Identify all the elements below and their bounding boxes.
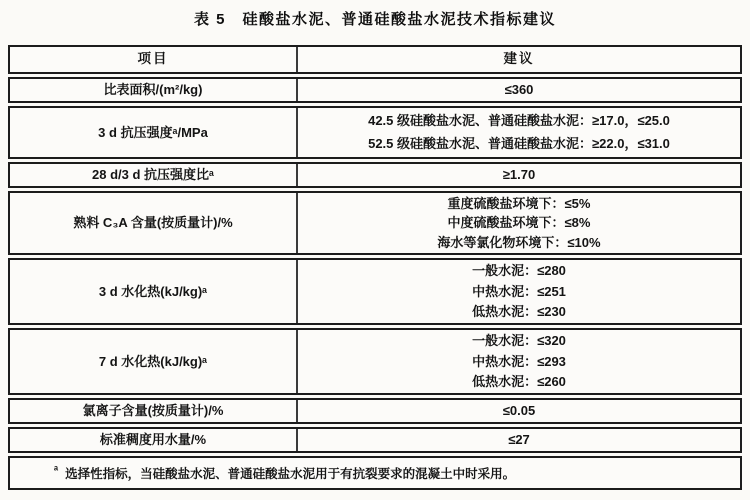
row-value: ≤27 (298, 429, 740, 451)
row-value: 一般水泥：≤320 中热水泥：≤293 低热水泥：≤260 (298, 330, 740, 393)
table-row: 3 d 水化热(kJ/kg)ᵃ 一般水泥：≤280 中热水泥：≤251 低热水泥… (8, 258, 742, 325)
table-row: 3 d 抗压强度ᵃ/MPa 42.5 级硅酸盐水泥、普通硅酸盐水泥：≥17.0，… (8, 106, 742, 159)
value-line: 52.5 级硅酸盐水泥、普通硅酸盐水泥：≥22.0，≤31.0 (368, 135, 670, 153)
value-line: 中度硫酸盐环境下：≤8% (448, 214, 591, 232)
header-cell-item: 项目 (10, 47, 298, 72)
value-line: 低热水泥：≤260 (472, 373, 566, 391)
table-row: 氯离子含量(按质量计)/% ≤0.05 (8, 398, 742, 424)
footnote-text: 选择性指标，当硅酸盐水泥、普通硅酸盐水泥用于有抗裂要求的混凝土中时采用。 (65, 464, 515, 482)
value-line: 低热水泥：≤230 (472, 303, 566, 321)
row-item-label: 标准稠度用水量/% (10, 429, 298, 451)
row-value: 42.5 级硅酸盐水泥、普通硅酸盐水泥：≥17.0，≤25.0 52.5 级硅酸… (298, 108, 740, 157)
value-line: 海水等氯化物环境下：≤10% (437, 234, 600, 252)
table-row: 标准稠度用水量/% ≤27 (8, 427, 742, 453)
row-value: 一般水泥：≤280 中热水泥：≤251 低热水泥：≤230 (298, 260, 740, 323)
table-header-row: 项目 建议 (8, 45, 742, 74)
value-line: ≤27 (508, 431, 530, 449)
table-title: 表 5 硅酸盐水泥、普通硅酸盐水泥技术指标建议 (0, 8, 750, 29)
footnote-superscript-mark: ᵃ (54, 464, 58, 476)
spec-table: 项目 建议 比表面积/(m²/kg) ≤360 3 d 抗压强度ᵃ/MPa 42… (8, 45, 742, 490)
value-line: 一般水泥：≤280 (472, 262, 566, 280)
row-value: ≤0.05 (298, 400, 740, 422)
row-item-label: 7 d 水化热(kJ/kg)ᵃ (10, 330, 298, 393)
row-value: ≤360 (298, 79, 740, 101)
table-footnote: ᵃ 选择性指标，当硅酸盐水泥、普通硅酸盐水泥用于有抗裂要求的混凝土中时采用。 (8, 456, 742, 490)
row-item-label: 比表面积/(m²/kg) (10, 79, 298, 101)
row-value: 重度硫酸盐环境下：≤5% 中度硫酸盐环境下：≤8% 海水等氯化物环境下：≤10% (298, 193, 740, 253)
row-item-label: 28 d/3 d 抗压强度比ᵃ (10, 164, 298, 186)
table-row: 28 d/3 d 抗压强度比ᵃ ≥1.70 (8, 162, 742, 188)
row-item-label: 3 d 抗压强度ᵃ/MPa (10, 108, 298, 157)
value-line: 42.5 级硅酸盐水泥、普通硅酸盐水泥：≥17.0，≤25.0 (368, 112, 670, 130)
value-line: ≥1.70 (503, 166, 535, 184)
table-row: 熟料 C₃A 含量(按质量计)/% 重度硫酸盐环境下：≤5% 中度硫酸盐环境下：… (8, 191, 742, 255)
table-row: 比表面积/(m²/kg) ≤360 (8, 77, 742, 103)
value-line: 重度硫酸盐环境下：≤5% (448, 195, 591, 213)
value-line: 中热水泥：≤293 (472, 353, 566, 371)
header-cell-suggestion: 建议 (298, 47, 740, 72)
document-page: 表 5 硅酸盐水泥、普通硅酸盐水泥技术指标建议 项目 建议 比表面积/(m²/k… (0, 0, 750, 500)
value-line: ≤0.05 (503, 402, 535, 420)
table-row: 7 d 水化热(kJ/kg)ᵃ 一般水泥：≤320 中热水泥：≤293 低热水泥… (8, 328, 742, 395)
row-item-label: 氯离子含量(按质量计)/% (10, 400, 298, 422)
value-line: 中热水泥：≤251 (472, 283, 566, 301)
row-value: ≥1.70 (298, 164, 740, 186)
row-item-label: 3 d 水化热(kJ/kg)ᵃ (10, 260, 298, 323)
row-item-label: 熟料 C₃A 含量(按质量计)/% (10, 193, 298, 253)
value-line: ≤360 (505, 81, 534, 99)
value-line: 一般水泥：≤320 (472, 332, 566, 350)
